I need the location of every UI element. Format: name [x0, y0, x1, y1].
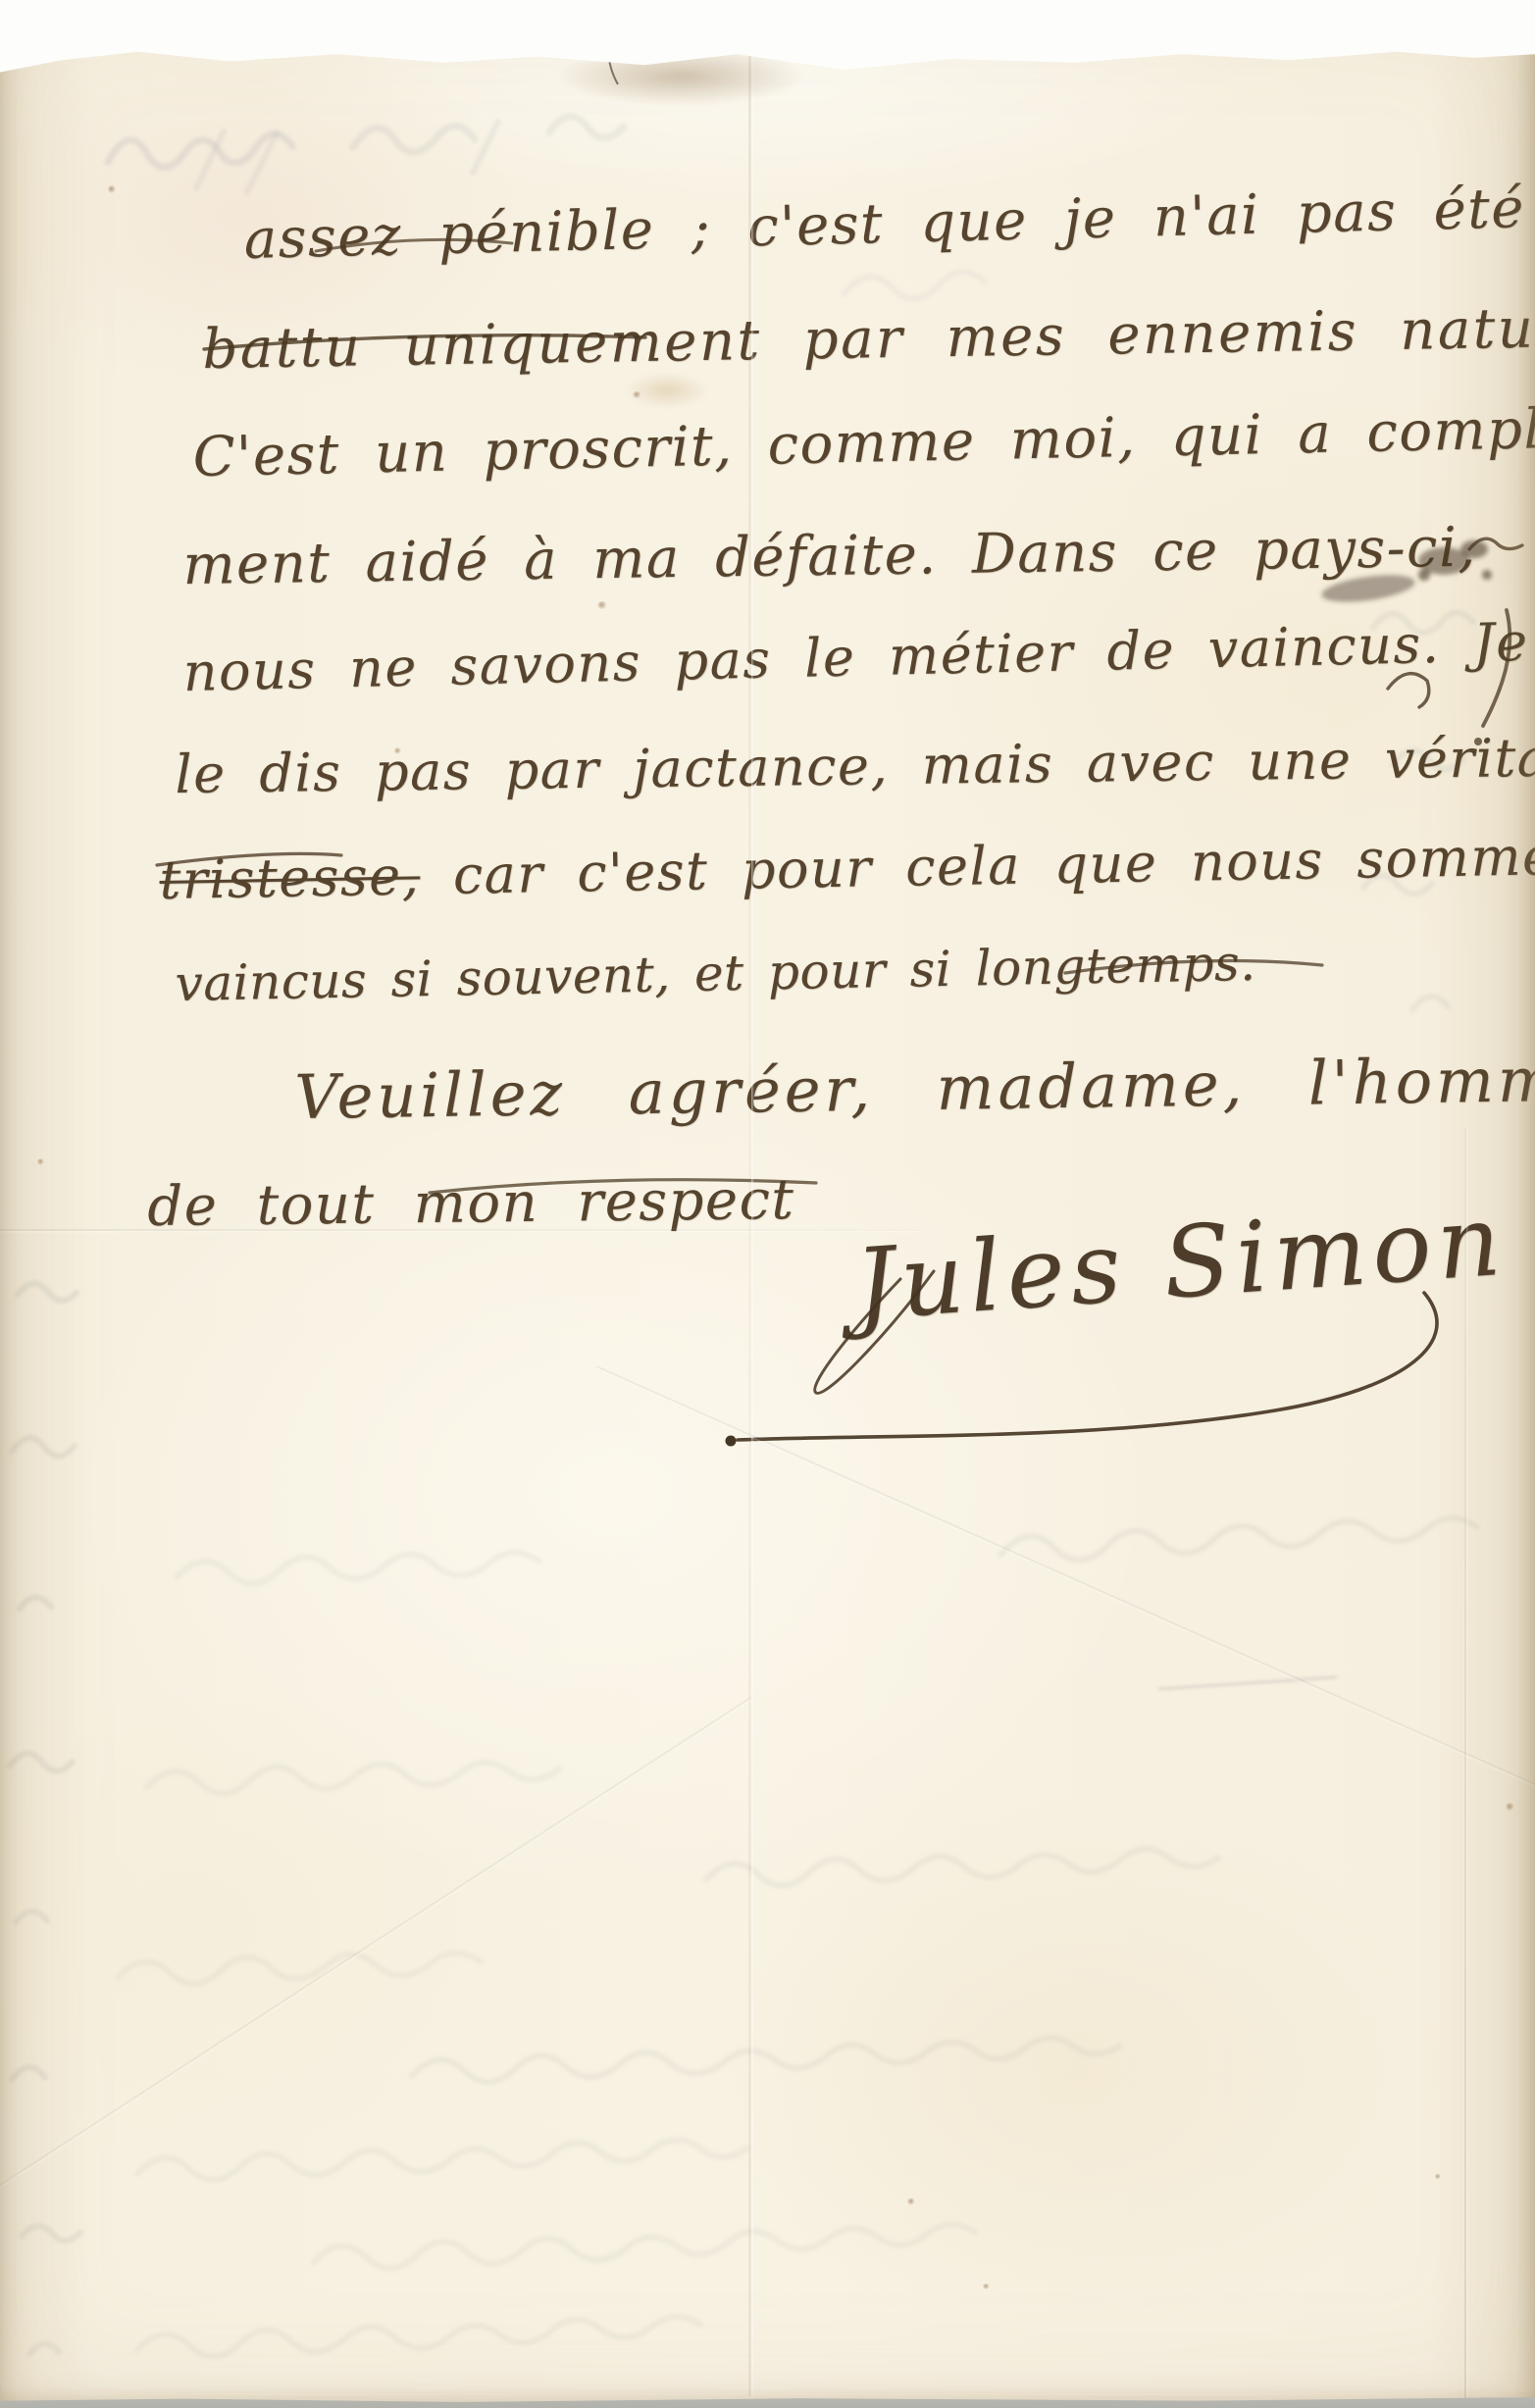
- paper-stain-top: [518, 45, 832, 120]
- signature-text: Jules Simon: [851, 1183, 1509, 1343]
- foxing-spot: [1435, 2174, 1441, 2179]
- fold-crease-vertical: [748, 55, 751, 2396]
- letter-line-3: C'est un proscrit, comme moi, qui a comp…: [192, 393, 1535, 489]
- flourish-end-dot: [726, 1436, 737, 1447]
- fold-crease-horizontal: [0, 1229, 922, 1231]
- foxing-spot: [907, 2198, 915, 2205]
- foxing-spot: [633, 391, 641, 398]
- fold-crease-right: [1464, 1128, 1466, 2398]
- crease-diagonal-right: [596, 1365, 1535, 1814]
- letter-line-3-text: C'est un proscrit, comme moi, qui a comp…: [192, 393, 1535, 489]
- letter-line-4-text: ment aidé à ma défaite. Dans ce pays-ci,: [182, 516, 1477, 597]
- foxing-spot: [108, 185, 116, 193]
- letter-line-5: nous ne savons pas le métier de vaincus.…: [182, 609, 1535, 703]
- letter-line-1: assez pénible ; c'est que je n'ai pas ét…: [243, 177, 1526, 272]
- letter-line-6-text: le dis pas par jactance, mais avec une v…: [175, 726, 1535, 805]
- signature: Jules Simon: [851, 1183, 1509, 1343]
- letter-scan: { "letter": { "body_lines": [ "assez pén…: [0, 0, 1535, 2408]
- letter-line-8-text: vaincus si souvent, et pour si longtemps…: [175, 935, 1256, 1012]
- closing-line-1: Veuillez agréer, madame, l'hommage: [294, 1042, 1535, 1133]
- letter-line-4: ment aidé à ma défaite. Dans ce pays-ci,: [182, 516, 1477, 597]
- foxing-spot: [1506, 1803, 1514, 1811]
- letter-line-7-text: car c'est pour cela que nous sommes: [420, 825, 1535, 907]
- letter-line-2-text: battu uniquement par mes ennemis naturel…: [202, 295, 1535, 382]
- letter-line-6: le dis pas par jactance, mais avec une v…: [175, 726, 1535, 805]
- closing-line-1-text: Veuillez agréer, madame, l'hommage: [294, 1042, 1535, 1133]
- letter-line-7: tristesse, car c'est pour cela que nous …: [159, 825, 1535, 911]
- letter-line-5-text: nous ne savons pas le métier de vaincus.…: [182, 609, 1535, 703]
- foxing-spot: [394, 747, 401, 754]
- foxing-spot: [597, 601, 607, 609]
- letter-line-2: battu uniquement par mes ennemis naturel…: [202, 295, 1535, 382]
- letter-line-1-text: assez pénible ; c'est que je n'ai pas ét…: [243, 177, 1526, 272]
- foxing-spot: [37, 1158, 44, 1165]
- crease-diagonal-left: [0, 1697, 751, 2190]
- letter-line-8: vaincus si souvent, et pour si longtemps…: [175, 935, 1256, 1012]
- foxing-spot: [983, 2283, 990, 2289]
- struck-word: tristesse,: [159, 845, 421, 911]
- paper-sheet: assez pénible ; c'est que je n'ai pas ét…: [0, 0, 1535, 2408]
- paper-stain-mid: [608, 365, 726, 416]
